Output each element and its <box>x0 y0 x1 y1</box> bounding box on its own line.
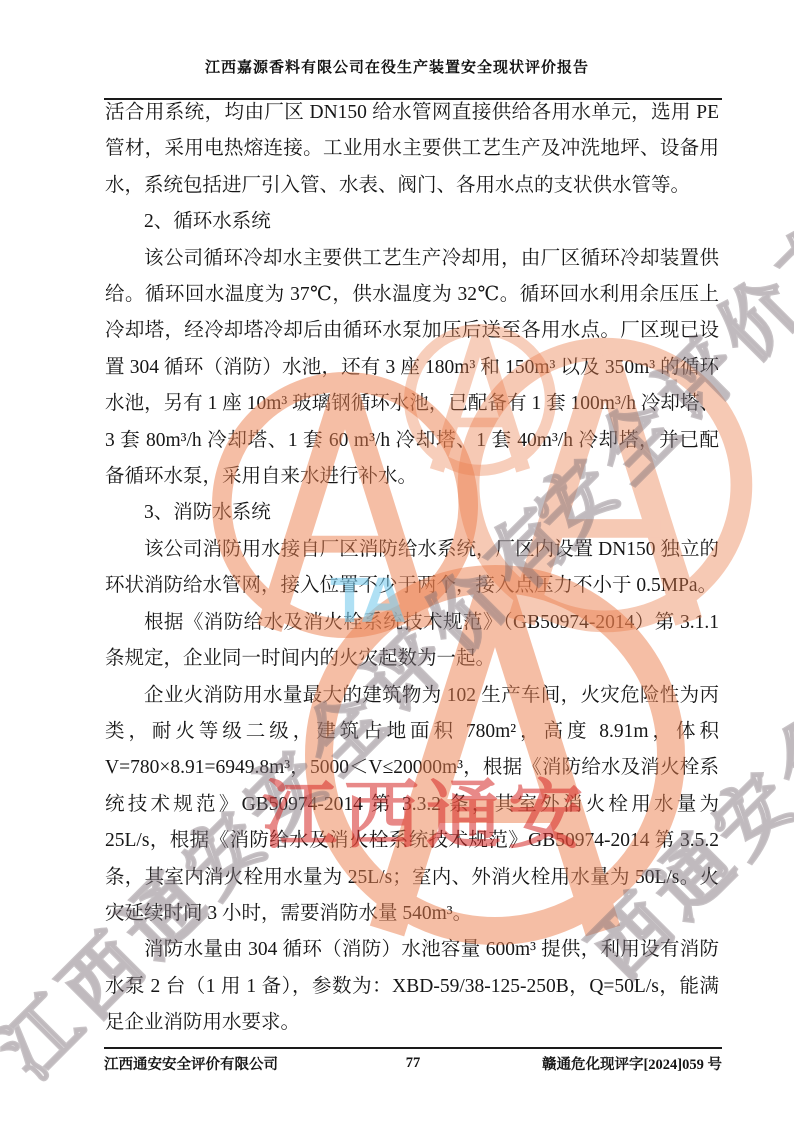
section-heading-circulating-water: 2、循环水系统 <box>105 204 719 240</box>
footer-divider <box>104 1047 722 1049</box>
section-heading-fire-water: 3、消防水系统 <box>105 495 719 531</box>
paragraph: 消防水量由 304 循环（消防）水池容量 600m³ 提供，利用设有消防水泵 2… <box>105 932 719 1041</box>
paragraph: 根据《消防给水及消火栓系统技术规范》（GB50974-2014）第 3.1.1 … <box>105 605 719 678</box>
paragraph: 活合用系统，均由厂区 DN150 给水管网直接供给各用水单元，选用 PE 管材，… <box>105 95 719 204</box>
paragraph: 该公司消防用水接自厂区消防给水系统，厂区内设置 DN150 独立的环状消防给水管… <box>105 532 719 605</box>
footer-company: 江西通安安全评价有限公司 <box>104 1053 278 1074</box>
document-body: 活合用系统，均由厂区 DN150 给水管网直接供给各用水单元，选用 PE 管材，… <box>105 95 719 1042</box>
page-footer: 江西通安安全评价有限公司 77 赣通危化现评字[2024]059 号 <box>104 1053 722 1074</box>
paragraph: 企业火消防用水量最大的建筑物为 102 生产车间，火灾危险性为丙类，耐火等级二级… <box>105 678 719 933</box>
footer-doc-number: 赣通危化现评字[2024]059 号 <box>542 1053 722 1074</box>
paragraph: 该公司循环冷却水主要供工艺生产冷却用，由厂区循环冷却装置供给。循环回水温度为 3… <box>105 241 719 496</box>
page-header-title: 江西嘉源香料有限公司在役生产装置安全现状评价报告 <box>0 56 794 77</box>
document-page: 江西嘉源香料有限公司在役生产装置安全现状评价报告 <box>0 0 794 1123</box>
